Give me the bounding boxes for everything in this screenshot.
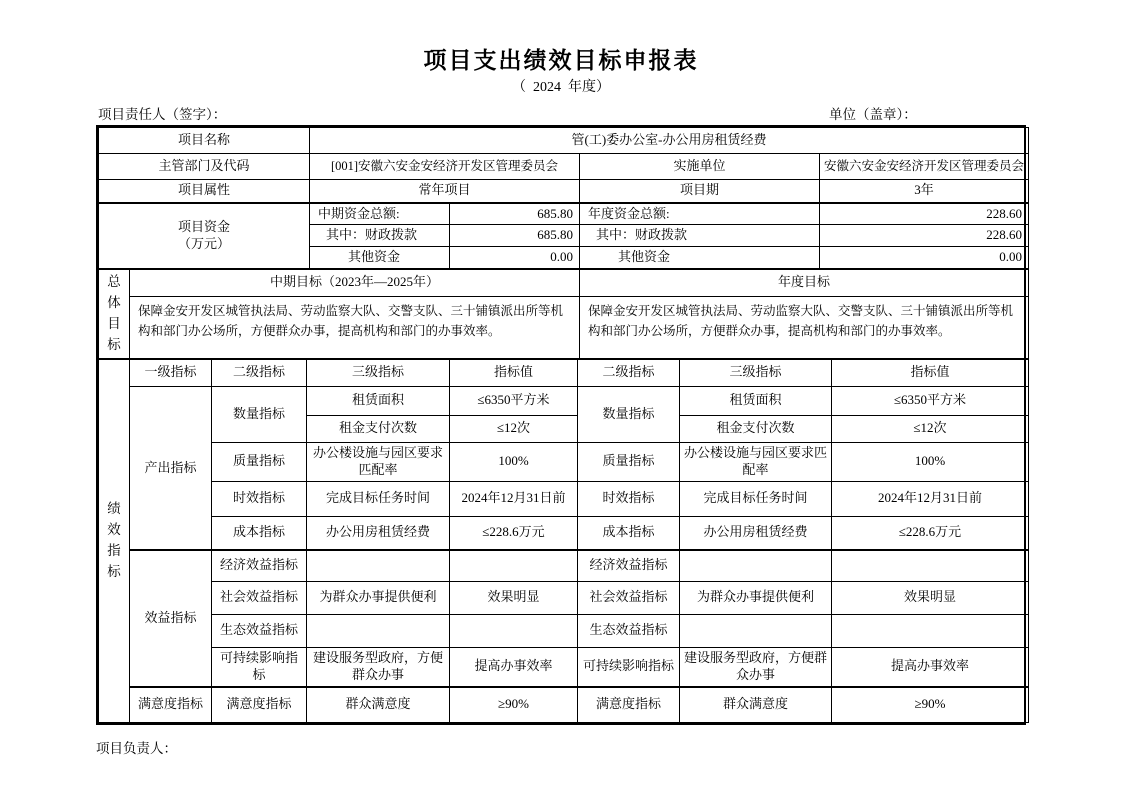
area-left: 租赁面积 xyxy=(307,386,450,415)
ecological-left: 生态效益指标 xyxy=(212,614,307,647)
timeliness-right: 时效指标 xyxy=(578,481,680,516)
satisfaction-right: 满意度指标 xyxy=(578,687,680,722)
area-right: 租赁面积 xyxy=(680,386,832,415)
row-quality: 质量指标 办公楼设施与园区要求匹配率 100% 质量指标 办公楼设施与园区要求匹… xyxy=(99,442,1029,481)
timeliness-left: 时效指标 xyxy=(212,481,307,516)
project-period-label: 项目期 xyxy=(580,180,820,203)
header-value-left: 指标值 xyxy=(450,359,578,386)
mid-goal-text: 保障金安开发区城管执法局、劳动监察大队、交警支队、三十铺镇派出所等机构和部门办公… xyxy=(130,296,580,358)
info-table: 项目名称 管(工)委办公室-办公用房租赁经费 主管部门及代码 [001]安徽六安… xyxy=(98,127,1029,269)
cost-left: 成本指标 xyxy=(212,516,307,550)
overall-goal-side-label: 总 体 目 标 xyxy=(99,270,130,359)
mid-fiscal-value: 685.80 xyxy=(450,225,580,247)
impl-unit-label: 实施单位 xyxy=(580,154,820,180)
mid-goal-header: 中期目标（2023年—2025年） xyxy=(130,270,580,296)
annual-total-value: 228.60 xyxy=(820,203,1029,225)
social-ind-right: 为群众办事提供便利 xyxy=(680,581,832,614)
dept-code-label: 主管部门及代码 xyxy=(99,154,310,180)
project-attr-value: 常年项目 xyxy=(310,180,580,203)
annual-goal-text: 保障金安开发区城管执法局、劳动监察大队、交警支队、三十铺镇派出所等机构和部门办公… xyxy=(580,296,1029,358)
project-funds-label: 项目资金 （万元） xyxy=(99,203,310,269)
header-value-right: 指标值 xyxy=(832,359,1029,386)
declaration-form: 项目名称 管(工)委办公室-办公用房租赁经费 主管部门及代码 [001]安徽六安… xyxy=(96,125,1026,725)
rent-fee-value-left: ≤228.6万元 xyxy=(450,516,578,550)
mid-total-value: 685.80 xyxy=(450,203,580,225)
sustainable-right: 可持续影响指标 xyxy=(578,647,680,687)
annual-goal-header: 年度目标 xyxy=(580,270,1029,296)
page-subtitle-year: （ 2024 年度） xyxy=(0,79,1122,96)
rent-times-value-left: ≤12次 xyxy=(450,415,578,442)
responsible-person-sign-label: 项目责任人（签字）： xyxy=(98,103,226,123)
match-rate-left: 办公楼设施与园区要求匹配率 xyxy=(307,442,450,481)
unit-seal-label: 单位（盖章）： xyxy=(829,103,917,123)
rent-fee-value-right: ≤228.6万元 xyxy=(832,516,1029,550)
sustainable-ind-right: 建设服务型政府，方便群众办事 xyxy=(680,647,832,687)
ecological-value-left xyxy=(450,614,578,647)
sustainable-value-left: 提高办事效率 xyxy=(450,647,578,687)
social-ind-left: 为群众办事提供便利 xyxy=(307,581,450,614)
rent-times-value-right: ≤12次 xyxy=(832,415,1029,442)
row-cost: 成本指标 办公用房租赁经费 ≤228.6万元 成本指标 办公用房租赁经费 ≤22… xyxy=(99,516,1029,550)
level1-benefit: 效益指标 xyxy=(130,550,212,687)
form-page: 项目支出绩效目标申报表 （ 2024 年度） 项目责任人（签字）： 单位（盖章）… xyxy=(0,0,1122,793)
mid-other-label: 其他资金 xyxy=(310,247,450,269)
deadline-value-left: 2024年12月31日前 xyxy=(450,481,578,516)
annual-other-label: 其他资金 xyxy=(580,247,820,269)
dept-code-value: [001]安徽六安金安经济开发区管理委员会 xyxy=(310,154,580,180)
row-social: 社会效益指标 为群众办事提供便利 效果明显 社会效益指标 为群众办事提供便利 效… xyxy=(99,581,1029,614)
row-quantity-area: 产出指标 数量指标 租赁面积 ≤6350平方米 数量指标 租赁面积 ≤6350平… xyxy=(99,386,1029,415)
rent-fee-left: 办公用房租赁经费 xyxy=(307,516,450,550)
social-right: 社会效益指标 xyxy=(578,581,680,614)
header-level2-left: 二级指标 xyxy=(212,359,307,386)
satisfaction-ind-right: 群众满意度 xyxy=(680,687,832,722)
project-name-value: 管(工)委办公室-办公用房租赁经费 xyxy=(310,128,1029,154)
mid-fiscal-label: 其中：财政拨款 xyxy=(310,225,450,247)
quality-left: 质量指标 xyxy=(212,442,307,481)
social-left: 社会效益指标 xyxy=(212,581,307,614)
project-name-label: 项目名称 xyxy=(99,128,310,154)
satisfaction-value-right: ≥90% xyxy=(832,687,1029,722)
project-period-value: 3年 xyxy=(820,180,1029,203)
impl-unit-value: 安徽六安金安经济开发区管理委员会 xyxy=(820,154,1029,180)
sustainable-left: 可持续影响指标 xyxy=(212,647,307,687)
annual-total-label: 年度资金总额: xyxy=(580,203,820,225)
deadline-value-right: 2024年12月31日前 xyxy=(832,481,1029,516)
economic-left: 经济效益指标 xyxy=(212,550,307,581)
satisfaction-ind-left: 群众满意度 xyxy=(307,687,450,722)
rent-times-left: 租金支付次数 xyxy=(307,415,450,442)
economic-ind-right xyxy=(680,550,832,581)
social-value-left: 效果明显 xyxy=(450,581,578,614)
quality-right: 质量指标 xyxy=(578,442,680,481)
economic-value-left xyxy=(450,550,578,581)
match-rate-value-right: 100% xyxy=(832,442,1029,481)
level1-satisfaction: 满意度指标 xyxy=(130,687,212,722)
level1-output: 产出指标 xyxy=(130,386,212,550)
match-rate-right: 办公楼设施与园区要求匹配率 xyxy=(680,442,832,481)
economic-right: 经济效益指标 xyxy=(578,550,680,581)
economic-value-right xyxy=(832,550,1029,581)
header-level1: 一级指标 xyxy=(130,359,212,386)
deadline-left: 完成目标任务时间 xyxy=(307,481,450,516)
social-value-right: 效果明显 xyxy=(832,581,1029,614)
mid-total-label: 中期资金总额: xyxy=(310,203,450,225)
project-manager-label: 项目负责人： xyxy=(96,737,1026,757)
project-attr-label: 项目属性 xyxy=(99,180,310,203)
annual-fiscal-value: 228.60 xyxy=(820,225,1029,247)
annual-fiscal-label: 其中：财政拨款 xyxy=(580,225,820,247)
area-value-left: ≤6350平方米 xyxy=(450,386,578,415)
indicators-side-label: 绩 效 指 标 xyxy=(99,359,130,722)
mid-other-value: 0.00 xyxy=(450,247,580,269)
sustainable-value-right: 提高办事效率 xyxy=(832,647,1029,687)
annual-other-value: 0.00 xyxy=(820,247,1029,269)
ecological-right: 生态效益指标 xyxy=(578,614,680,647)
rent-times-right: 租金支付次数 xyxy=(680,415,832,442)
signature-row: 项目责任人（签字）： 单位（盖章）： xyxy=(96,103,1026,121)
satisfaction-value-left: ≥90% xyxy=(450,687,578,722)
header-level3-left: 三级指标 xyxy=(307,359,450,386)
cost-right: 成本指标 xyxy=(578,516,680,550)
row-ecological: 生态效益指标 生态效益指标 xyxy=(99,614,1029,647)
overall-goal-table: 总 体 目 标 中期目标（2023年—2025年） 年度目标 保障金安开发区城管… xyxy=(98,269,1029,359)
header-level3-right: 三级指标 xyxy=(680,359,832,386)
sustainable-ind-left: 建设服务型政府，方便群众办事 xyxy=(307,647,450,687)
economic-ind-left xyxy=(307,550,450,581)
row-timeliness: 时效指标 完成目标任务时间 2024年12月31日前 时效指标 完成目标任务时间… xyxy=(99,481,1029,516)
row-satisfaction: 满意度指标 满意度指标 群众满意度 ≥90% 满意度指标 群众满意度 ≥90% xyxy=(99,687,1029,722)
deadline-right: 完成目标任务时间 xyxy=(680,481,832,516)
match-rate-value-left: 100% xyxy=(450,442,578,481)
row-sustainable: 可持续影响指标 建设服务型政府，方便群众办事 提高办事效率 可持续影响指标 建设… xyxy=(99,647,1029,687)
rent-fee-right: 办公用房租赁经费 xyxy=(680,516,832,550)
page-title: 项目支出绩效目标申报表 xyxy=(0,48,1122,74)
ecological-ind-right xyxy=(680,614,832,647)
ecological-value-right xyxy=(832,614,1029,647)
indicators-table: 绩 效 指 标 一级指标 二级指标 三级指标 指标值 二级指标 三级指标 指标值… xyxy=(98,359,1029,723)
satisfaction-left: 满意度指标 xyxy=(212,687,307,722)
header-level2-right: 二级指标 xyxy=(578,359,680,386)
row-economic: 效益指标 经济效益指标 经济效益指标 xyxy=(99,550,1029,581)
area-value-right: ≤6350平方米 xyxy=(832,386,1029,415)
ecological-ind-left xyxy=(307,614,450,647)
quantity-right: 数量指标 xyxy=(578,386,680,442)
quantity-left: 数量指标 xyxy=(212,386,307,442)
